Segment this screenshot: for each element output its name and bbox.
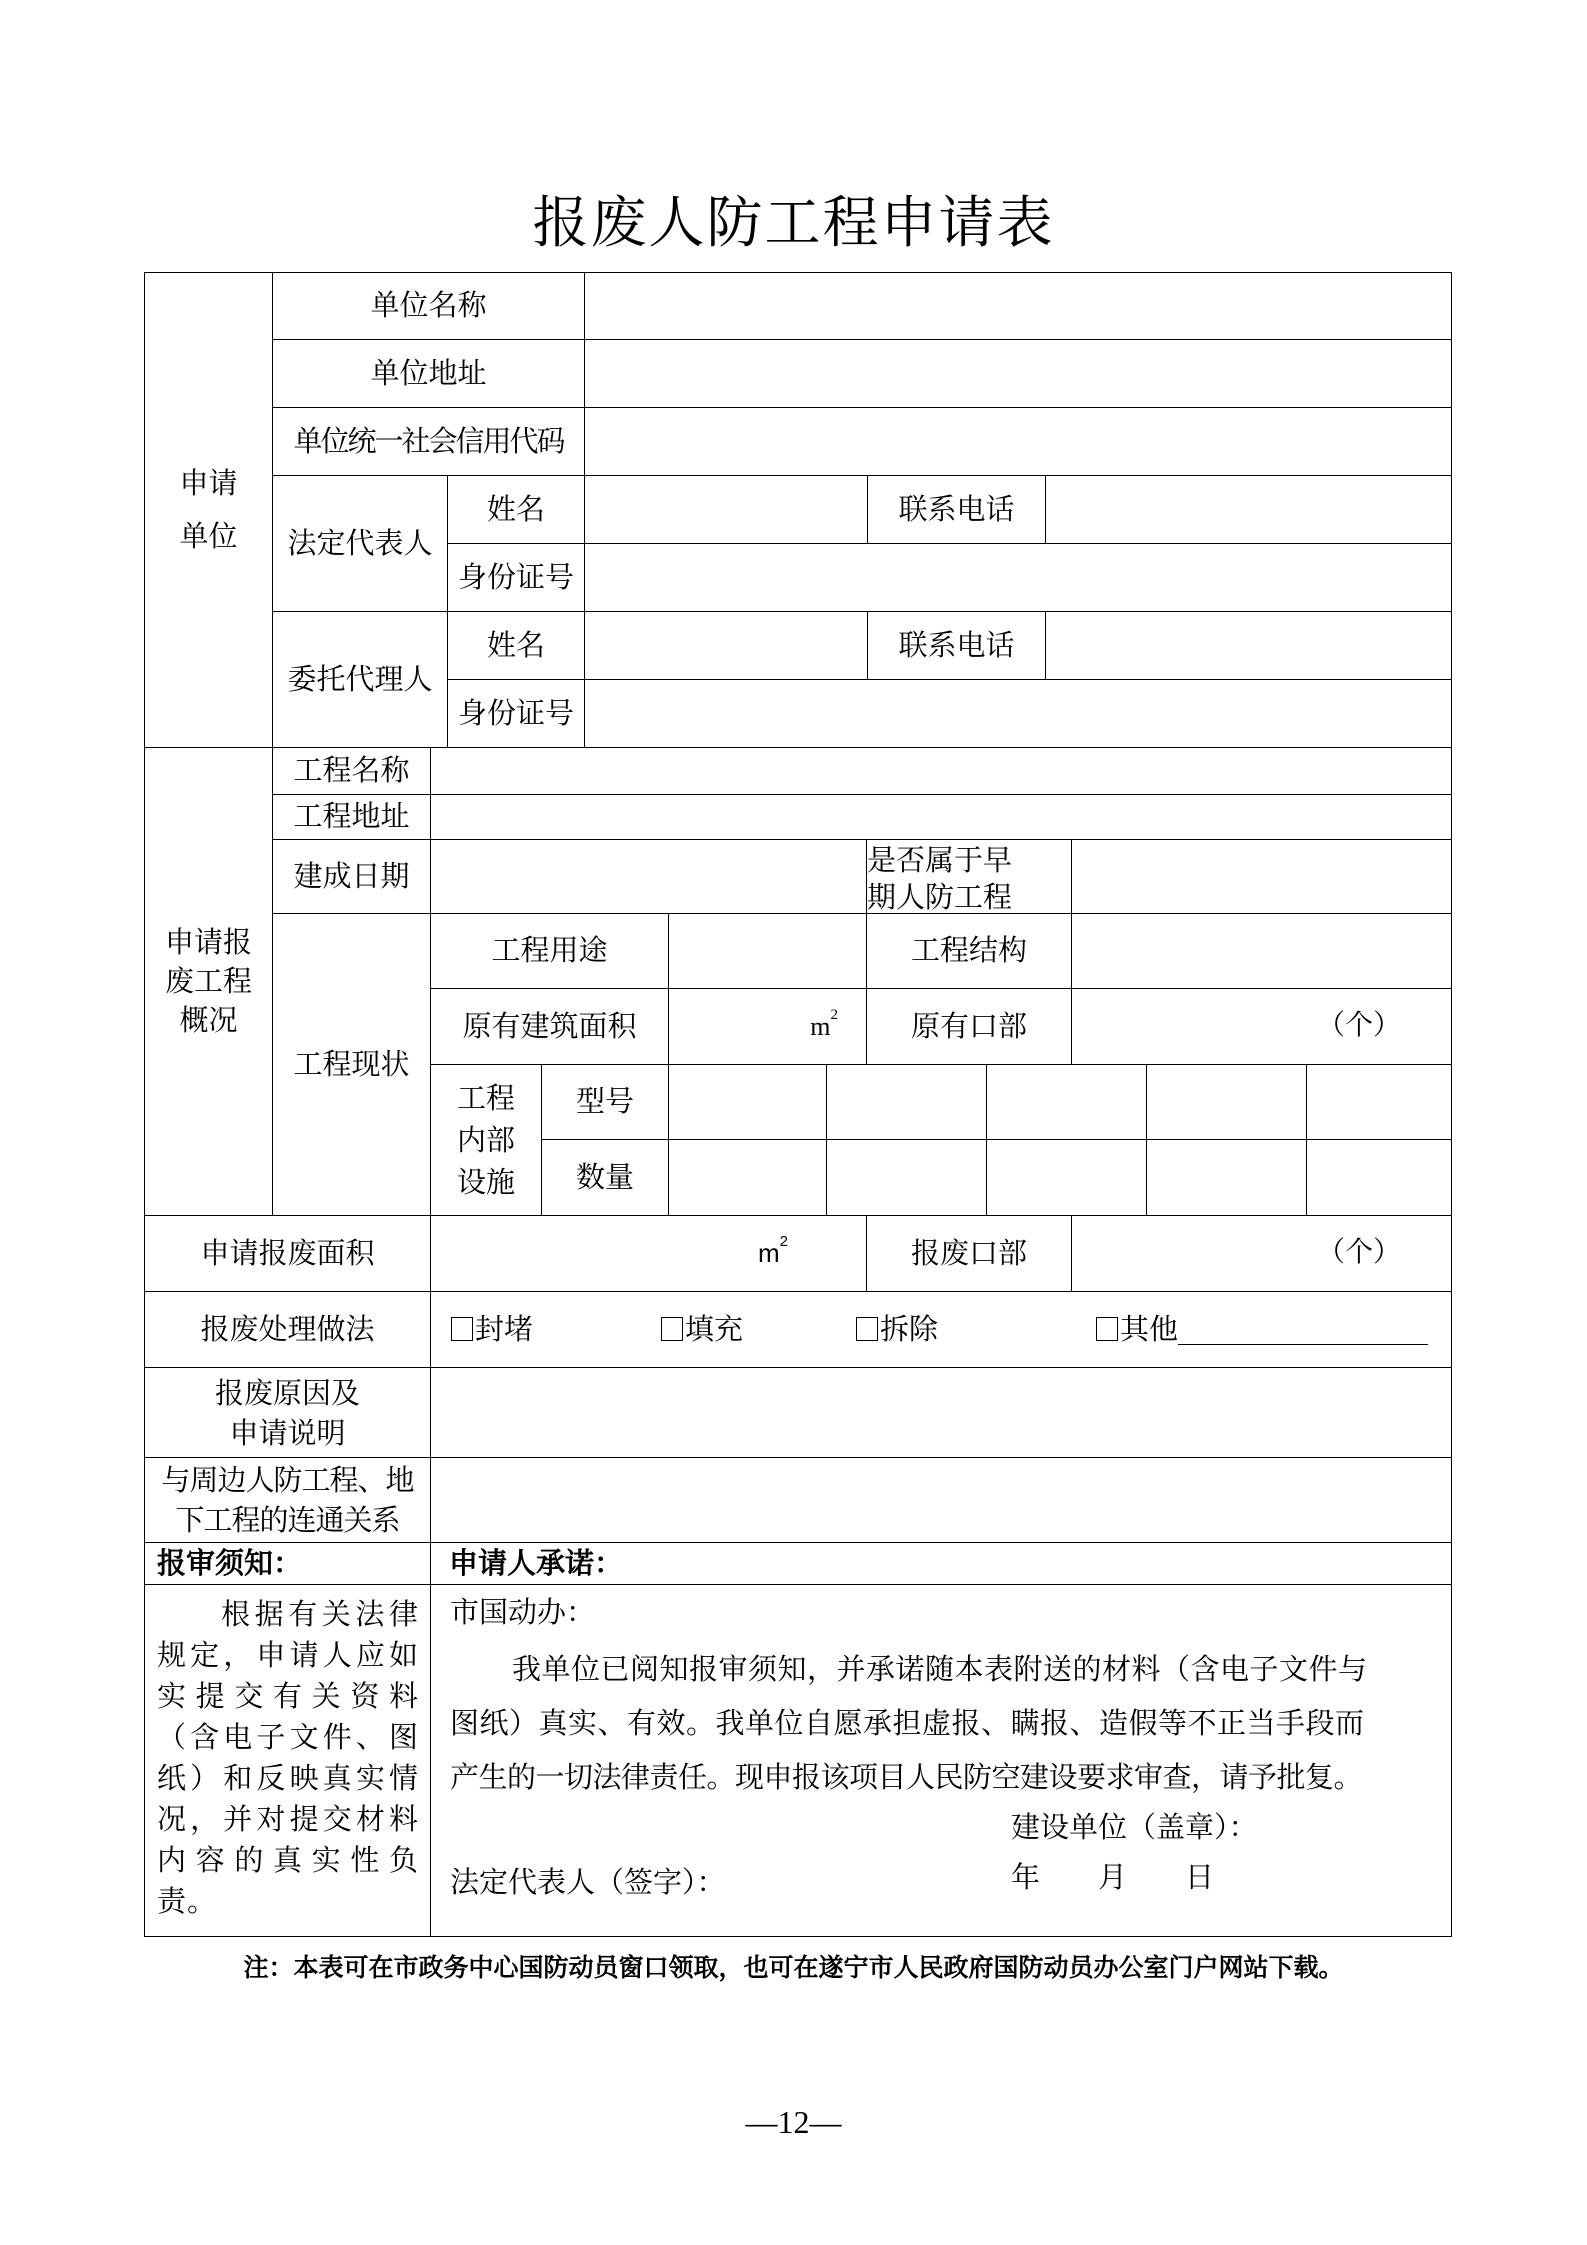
model-field-4[interactable]	[1146, 1064, 1307, 1140]
orig-openings-field[interactable]: （个）	[1071, 988, 1452, 1065]
status-label: 工程现状	[272, 913, 431, 1216]
built-date-field[interactable]	[430, 839, 867, 914]
quantity-field-3[interactable]	[986, 1139, 1147, 1216]
agent-phone-label: 联系电话	[867, 611, 1046, 680]
agent-phone-field[interactable]	[1045, 611, 1452, 680]
scrap-area-unit: m2	[758, 1236, 788, 1271]
orig-openings-unit: （个）	[1317, 1007, 1401, 1045]
built-date-label: 建成日期	[272, 839, 431, 914]
project-section-label: 申请报 废工程 概况	[144, 747, 273, 1216]
scrap-openings-field[interactable]: （个）	[1071, 1215, 1452, 1292]
project-name-label: 工程名称	[272, 747, 431, 795]
connection-field[interactable]	[430, 1457, 1452, 1543]
legal-rep-label: 法定代表人	[272, 475, 448, 612]
legal-rep-phone-label: 联系电话	[867, 475, 1046, 544]
method-option-seal[interactable]: 封堵	[451, 1310, 661, 1349]
notice-text: 根据有关法律 规定，申请人应如 实提交有关资料 （含电子文件、图 纸）和反映真实…	[157, 1594, 419, 1922]
model-field-3[interactable]	[986, 1064, 1147, 1140]
method-option-demolish[interactable]: 拆除	[856, 1310, 1096, 1349]
credit-code-field[interactable]	[584, 407, 1452, 476]
checkbox-icon[interactable]	[661, 1317, 683, 1341]
credit-code-label: 单位统一社会信用代码	[272, 407, 585, 476]
scrap-openings-unit: （个）	[1317, 1234, 1401, 1272]
legal-rep-phone-field[interactable]	[1045, 475, 1452, 544]
page-title: 报废人防工程申请表	[0, 196, 1587, 252]
method-label: 报废处理做法	[144, 1291, 431, 1368]
quantity-field-2[interactable]	[826, 1139, 987, 1216]
legal-rep-id-field[interactable]	[584, 543, 1452, 612]
agent-id-label: 身份证号	[447, 679, 585, 748]
footnote: 注：本表可在市政务中心国防动员窗口领取，也可在遂宁市人民政府国防动员办公室门户网…	[0, 1948, 1587, 1984]
notice-heading: 报审须知：	[144, 1542, 431, 1585]
unit-name-label: 单位名称	[272, 272, 585, 340]
date-label[interactable]: 年 月 日	[1011, 1856, 1214, 1898]
unit-address-label: 单位地址	[272, 339, 585, 408]
method-option-other[interactable]: 其他	[1096, 1310, 1428, 1349]
agent-name-field[interactable]	[584, 611, 868, 680]
quantity-field-5[interactable]	[1306, 1139, 1452, 1216]
checkbox-icon[interactable]	[856, 1317, 878, 1341]
quantity-label: 数量	[541, 1139, 669, 1216]
checkbox-icon[interactable]	[1096, 1317, 1118, 1341]
seal-label: 建设单位（盖章）：	[1011, 1806, 1258, 1848]
reason-label: 报废原因及 申请说明	[144, 1367, 431, 1458]
reason-field[interactable]	[430, 1367, 1452, 1458]
project-address-field[interactable]	[430, 794, 1452, 840]
model-label: 型号	[541, 1064, 669, 1140]
connection-label: 与周边人防工程、地 下工程的连通关系	[144, 1457, 431, 1543]
structure-field[interactable]	[1071, 913, 1452, 989]
agent-label: 委托代理人	[272, 611, 448, 748]
scrap-openings-label: 报废口部	[866, 1215, 1072, 1292]
unit-address-field[interactable]	[584, 339, 1452, 408]
scrap-area-field[interactable]: m2	[430, 1215, 867, 1292]
structure-label: 工程结构	[866, 913, 1072, 989]
legal-rep-name-label: 姓名	[447, 475, 585, 544]
model-field-2[interactable]	[826, 1064, 987, 1140]
model-field-1[interactable]	[668, 1064, 827, 1140]
applicant-section-label: 申请 单位	[144, 272, 273, 748]
agent-name-label: 姓名	[447, 611, 585, 680]
scrap-area-label: 申请报废面积	[144, 1215, 431, 1292]
facilities-label: 工程 内部 设施	[430, 1064, 542, 1216]
legal-rep-id-label: 身份证号	[447, 543, 585, 612]
pledge-heading: 申请人承诺：	[430, 1542, 1452, 1585]
pledge-addressee: 市国动办：	[450, 1591, 595, 1633]
pledge-text: 我单位已阅知报审须知，并承诺随本表附送的材料（含电子文件与 图纸）真实、有效。我…	[450, 1642, 1442, 1804]
orig-openings-label: 原有口部	[866, 988, 1072, 1065]
signature-label[interactable]: 法定代表人（签字）：	[450, 1861, 726, 1903]
other-method-blank[interactable]	[1178, 1314, 1428, 1345]
unit-name-field[interactable]	[584, 272, 1452, 340]
usage-label: 工程用途	[430, 913, 669, 989]
usage-field[interactable]	[668, 913, 867, 989]
page-number: —12—	[0, 2104, 1587, 2141]
method-option-fill[interactable]: 填充	[661, 1310, 856, 1349]
quantity-field-1[interactable]	[668, 1139, 827, 1216]
early-project-label: 是否属于早 期人防工程	[866, 839, 1072, 914]
orig-area-label: 原有建筑面积	[430, 988, 669, 1065]
checkbox-icon[interactable]	[451, 1317, 473, 1341]
orig-area-field[interactable]: m2	[668, 988, 867, 1065]
orig-area-unit: m2	[810, 1009, 838, 1044]
quantity-field-4[interactable]	[1146, 1139, 1307, 1216]
project-address-label: 工程地址	[272, 794, 431, 840]
legal-rep-name-field[interactable]	[584, 475, 868, 544]
project-name-field[interactable]	[430, 747, 1452, 795]
method-options: 封堵 填充 拆除 其他	[430, 1291, 1452, 1368]
early-project-field[interactable]	[1071, 839, 1452, 914]
agent-id-field[interactable]	[584, 679, 1452, 748]
model-field-5[interactable]	[1306, 1064, 1452, 1140]
